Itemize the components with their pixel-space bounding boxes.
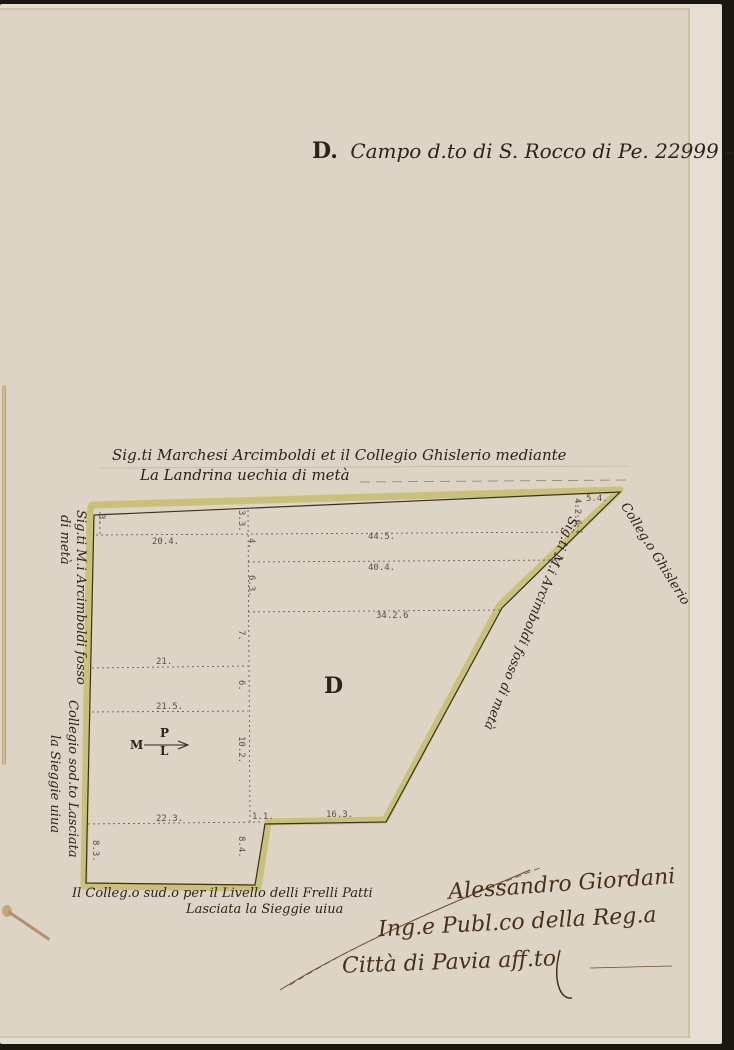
north-boundary-line2: La Landrina uechia di metà [140,466,350,484]
measure-bottom-right-row: 16.3. [326,810,353,820]
compass-north-label: P [160,726,169,740]
south-boundary-line1: Il Colleg.o sud.o per il Livello delli F… [72,886,373,901]
arrow-right-icon [144,740,190,750]
south-boundary-line2: Lasciata la Sieggie uiua [186,902,343,917]
measure-vert-mid-step: 1.1. [252,812,274,822]
west-boundary-line1: Sig.ti M.i Arcimboldi fosso [73,510,88,685]
west-boundary-line4: la Sieggie uiua [47,735,62,833]
measure-vert-mid-3: 6.3. [246,575,256,597]
measure-left-row3: 22.3. [156,814,183,824]
measure-top-right-row3: 34.2.6 [376,611,409,621]
measure-vert-left-bottom: 8.3. [90,840,100,862]
measure-vert-left-top: 3. [96,514,106,525]
west-boundary-line3: Collegio sod.to Lasciata [65,700,80,858]
measure-vert-mid-6: 10.2. [236,736,246,763]
compass-west-label: M [130,738,143,752]
measure-vert-mid-5: 6. [236,680,246,691]
measure-vert-right: 4.2.6 [572,498,582,525]
measure-vert-mid-4: 7. [236,630,246,641]
measure-corner-top-right: 5.4. [586,494,608,504]
measure-top-right-row2: 40.4. [368,563,395,573]
west-boundary-line2: di metà [57,515,72,565]
measure-top-left-row: 20.4. [152,537,179,547]
measure-top-right-row1: 44.5. [368,532,395,542]
measure-vert-mid-top: 3.3. [236,510,246,532]
north-boundary-line1: Sig.ti Marchesi Arcimboldi et il Collegi… [112,446,567,464]
measure-vert-mid-2: 4. [246,538,256,549]
measure-left-row1: 21. [156,657,172,667]
measure-vert-mid-7: 8.4. [236,836,246,858]
measure-left-row2: 21.5. [156,702,183,712]
parcel-label: D [324,673,343,699]
